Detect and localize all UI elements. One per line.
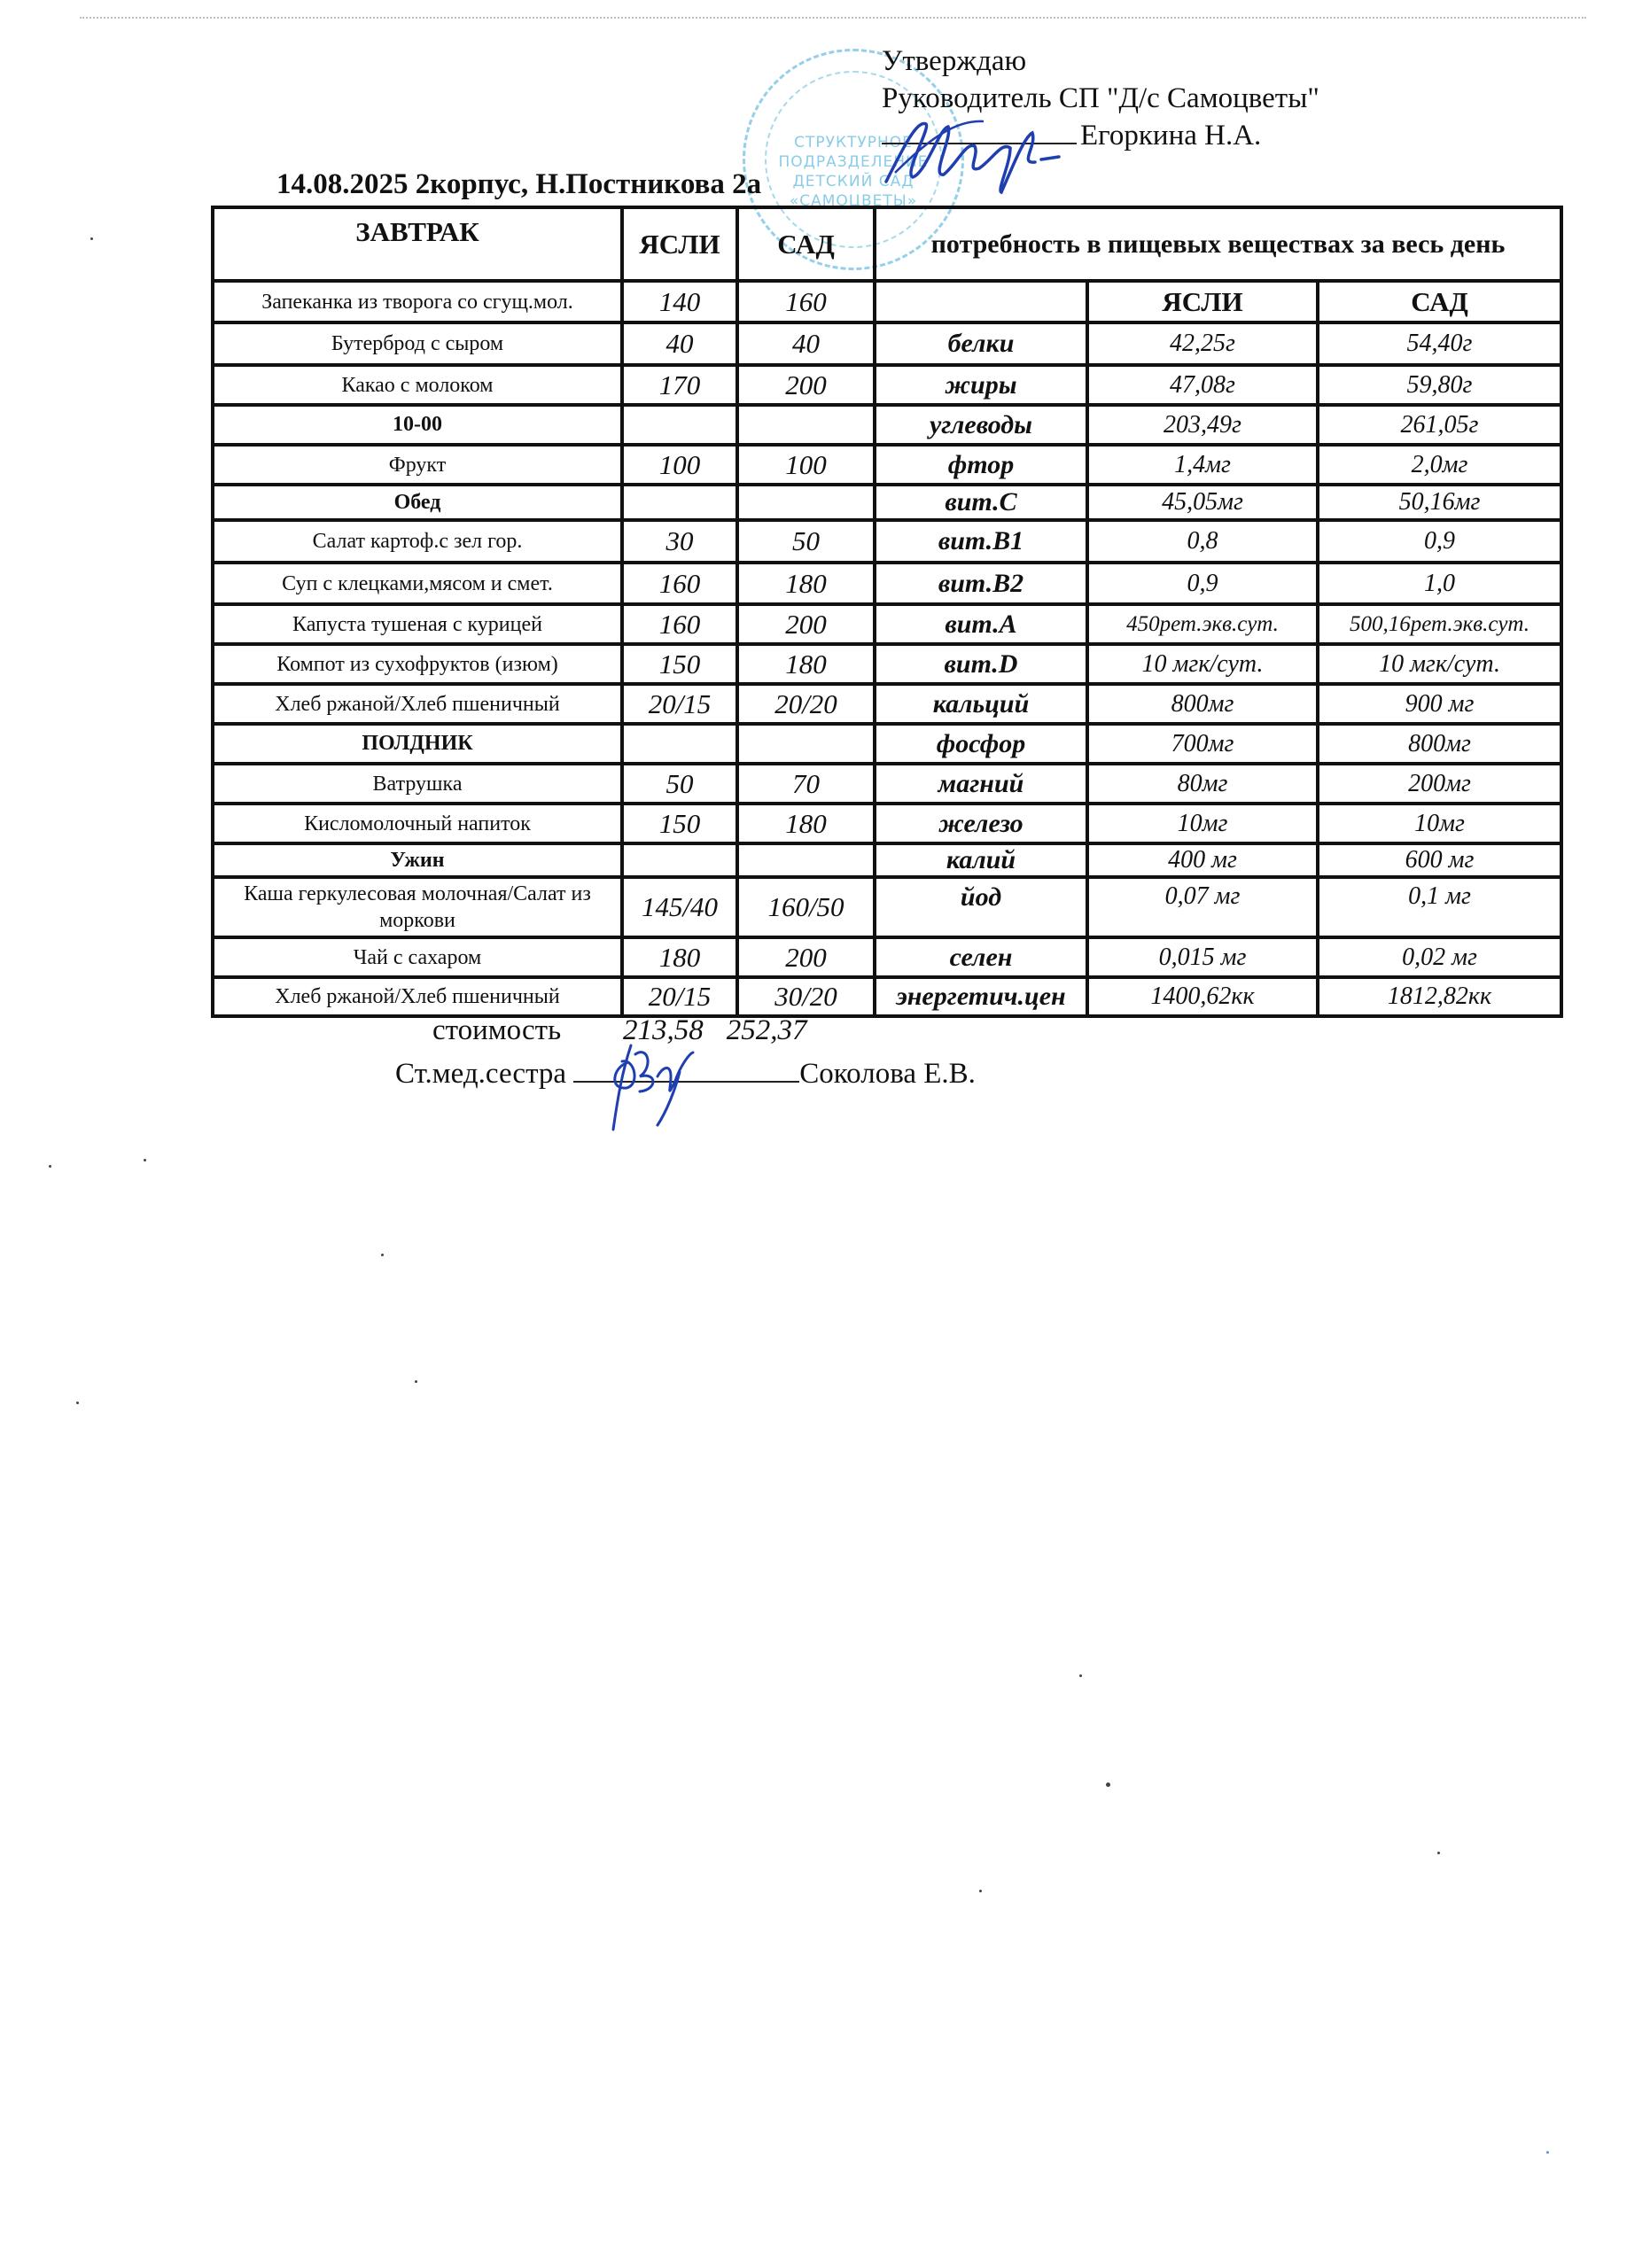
portion-garden: 160 xyxy=(737,281,875,322)
dish-name: Компот из сухофруктов (изюм) xyxy=(213,644,622,684)
nutrient-name: магний xyxy=(875,764,1087,804)
portion-garden: 100 xyxy=(737,445,875,485)
portion-nursery: 50 xyxy=(622,764,737,804)
nutrient-value-nursery: 1400,62кк xyxy=(1087,977,1318,1016)
nutrient-value-garden: 261,05г xyxy=(1318,405,1561,445)
portion-garden: 20/20 xyxy=(737,684,875,724)
table-row: Какао с молоком170200жиры47,08г59,80г xyxy=(213,365,1561,405)
scan-speck xyxy=(76,1402,79,1404)
portion-garden xyxy=(737,405,875,445)
scan-speck xyxy=(979,1890,982,1892)
nutrient-name: белки xyxy=(875,322,1087,365)
table-row: Каша геркулесовая молочная/Салат из морк… xyxy=(213,877,1561,937)
portion-nursery: 20/15 xyxy=(622,684,737,724)
table-header-row: ЗАВТРАК ЯСЛИ САД потребность в пищевых в… xyxy=(213,207,1561,281)
portion-nursery xyxy=(622,405,737,445)
table-row: Запеканка из творога со сгущ.мол.140160Я… xyxy=(213,281,1561,322)
nutrient-value-nursery: 80мг xyxy=(1087,764,1318,804)
scan-speck xyxy=(381,1254,384,1256)
nutrient-value-garden: 10 мгк/сут. xyxy=(1318,644,1561,684)
portion-nursery: 160 xyxy=(622,604,737,644)
dish-name: Каша геркулесовая молочная/Салат из морк… xyxy=(213,877,622,937)
meal-section-label: 10-00 xyxy=(213,405,622,445)
dish-name: Фрукт xyxy=(213,445,622,485)
portion-nursery xyxy=(622,843,737,877)
nutrient-value-garden: 54,40г xyxy=(1318,322,1561,365)
portion-garden: 70 xyxy=(737,764,875,804)
portion-garden xyxy=(737,843,875,877)
portion-nursery xyxy=(622,485,737,520)
nutrient-value-nursery: 45,05мг xyxy=(1087,485,1318,520)
table-row: Капуста тушеная с курицей160200вит.А450р… xyxy=(213,604,1561,644)
portion-garden: 200 xyxy=(737,365,875,405)
table-row: Суп с клецками,мясом и смет.160180вит.В2… xyxy=(213,563,1561,604)
nutrient-value-garden: 0,1 мг xyxy=(1318,877,1561,937)
scan-top-edge-line xyxy=(80,17,1586,19)
portion-garden: 30/20 xyxy=(737,977,875,1016)
table-row: ПОЛДНИКфосфор700мг800мг xyxy=(213,724,1561,764)
nutrient-value-nursery: 0,8 xyxy=(1087,520,1318,563)
nutrient-name: вит.А xyxy=(875,604,1087,644)
header-meal: ЗАВТРАК xyxy=(213,207,622,281)
scan-speck xyxy=(415,1380,417,1383)
portion-nursery: 150 xyxy=(622,804,737,843)
table-row: Хлеб ржаной/Хлеб пшеничный20/1530/20энер… xyxy=(213,977,1561,1016)
nutrient-name: селен xyxy=(875,937,1087,977)
dish-name: Чай с сахаром xyxy=(213,937,622,977)
nutrient-value-nursery: 10 мгк/сут. xyxy=(1087,644,1318,684)
portion-nursery: 40 xyxy=(622,322,737,365)
nutrient-name: фосфор xyxy=(875,724,1087,764)
nutrient-value-nursery: 450рет.экв.сут. xyxy=(1087,604,1318,644)
nutrient-value-nursery: 0,015 мг xyxy=(1087,937,1318,977)
table-row: Кисломолочный напиток150180железо10мг10м… xyxy=(213,804,1561,843)
portion-garden: 160/50 xyxy=(737,877,875,937)
nurse-signature-icon xyxy=(595,1037,702,1134)
nutrient-value-garden: 0,9 xyxy=(1318,520,1561,563)
nutrient-name: фтор xyxy=(875,445,1087,485)
portion-nursery: 100 xyxy=(622,445,737,485)
table-row: Салат картоф.с зел гор.3050вит.В10,80,9 xyxy=(213,520,1561,563)
scan-speck xyxy=(1546,2151,1549,2154)
document-title: 14.08.2025 2корпус, Н.Постникова 2а xyxy=(276,168,761,201)
table-row: Ужинкалий400 мг600 мг xyxy=(213,843,1561,877)
header-nursery: ЯСЛИ xyxy=(622,207,737,281)
header-garden: САД xyxy=(737,207,875,281)
header-nutrients-title: потребность в пищевых веществах за весь … xyxy=(875,207,1561,281)
nutrient-name: вит.В2 xyxy=(875,563,1087,604)
nutrient-name: калий xyxy=(875,843,1087,877)
nutrient-value-garden: 59,80г xyxy=(1318,365,1561,405)
nutrient-header-nursery: ЯСЛИ xyxy=(1087,281,1318,322)
nutrient-name: вит.В1 xyxy=(875,520,1087,563)
scan-speck xyxy=(49,1165,51,1168)
nutrient-name: железо xyxy=(875,804,1087,843)
portion-garden: 40 xyxy=(737,322,875,365)
nutrient-value-garden: 600 мг xyxy=(1318,843,1561,877)
meal-section-label: Обед xyxy=(213,485,622,520)
nutrient-value-garden: 200мг xyxy=(1318,764,1561,804)
nutrient-value-nursery: 0,07 мг xyxy=(1087,877,1318,937)
nutrient-value-garden: 500,16рет.экв.сут. xyxy=(1318,604,1561,644)
portion-nursery: 150 xyxy=(622,644,737,684)
scan-speck xyxy=(1437,1852,1440,1854)
nutrient-value-nursery: 1,4мг xyxy=(1087,445,1318,485)
dish-name: Ватрушка xyxy=(213,764,622,804)
dish-name: Какао с молоком xyxy=(213,365,622,405)
table-row: Фрукт100100фтор1,4мг2,0мг xyxy=(213,445,1561,485)
menu-table: ЗАВТРАК ЯСЛИ САД потребность в пищевых в… xyxy=(211,206,1563,1018)
portion-nursery xyxy=(622,724,737,764)
director-signature-icon xyxy=(877,111,1081,195)
portion-garden: 200 xyxy=(737,937,875,977)
nutrient-value-garden: 1,0 xyxy=(1318,563,1561,604)
nutrient-name: вит.С xyxy=(875,485,1087,520)
nutrient-value-nursery: 700мг xyxy=(1087,724,1318,764)
table-row: Ватрушка5070магний80мг200мг xyxy=(213,764,1561,804)
scan-speck xyxy=(1079,1674,1082,1677)
table-row: Бутерброд с сыром4040белки42,25г54,40г xyxy=(213,322,1561,365)
nutrient-value-garden: 50,16мг xyxy=(1318,485,1561,520)
portion-garden: 180 xyxy=(737,644,875,684)
nutrient-value-nursery: 400 мг xyxy=(1087,843,1318,877)
nutrient-value-garden: 1812,82кк xyxy=(1318,977,1561,1016)
nurse-name: Соколова Е.В. xyxy=(799,1058,976,1090)
dish-name: Бутерброд с сыром xyxy=(213,322,622,365)
meal-section-label: Ужин xyxy=(213,843,622,877)
nutrient-name: жиры xyxy=(875,365,1087,405)
portion-garden: 50 xyxy=(737,520,875,563)
nutrient-value-nursery: 10мг xyxy=(1087,804,1318,843)
dish-name: Суп с клецками,мясом и смет. xyxy=(213,563,622,604)
portion-nursery: 20/15 xyxy=(622,977,737,1016)
scan-speck xyxy=(90,237,93,240)
table-row: Компот из сухофруктов (изюм)150180вит.D1… xyxy=(213,644,1561,684)
nurse-label: Ст.мед.сестра xyxy=(395,1058,566,1090)
nutrient-name: йод xyxy=(875,877,1087,937)
portion-nursery: 140 xyxy=(622,281,737,322)
nutrient-name: вит.D xyxy=(875,644,1087,684)
nutrient-name: кальций xyxy=(875,684,1087,724)
dish-name: Кисломолочный напиток xyxy=(213,804,622,843)
portion-nursery: 160 xyxy=(622,563,737,604)
cost-label: стоимость xyxy=(432,1014,623,1047)
nutrient-value-garden: 0,02 мг xyxy=(1318,937,1561,977)
table-row: Чай с сахаром180200селен0,015 мг0,02 мг xyxy=(213,937,1561,977)
nutrient-value-nursery: 0,9 xyxy=(1087,563,1318,604)
dish-name: Капуста тушеная с курицей xyxy=(213,604,622,644)
dish-name: Хлеб ржаной/Хлеб пшеничный xyxy=(213,977,622,1016)
portion-nursery: 145/40 xyxy=(622,877,737,937)
cost-garden: 252,37 xyxy=(727,1014,807,1047)
nutrient-value-nursery: 47,08г xyxy=(1087,365,1318,405)
portion-nursery: 170 xyxy=(622,365,737,405)
scan-speck xyxy=(1106,1783,1110,1787)
nutrient-name: энергетич.цен xyxy=(875,977,1087,1016)
dish-name: Салат картоф.с зел гор. xyxy=(213,520,622,563)
dish-name: Хлеб ржаной/Хлеб пшеничный xyxy=(213,684,622,724)
portion-garden: 180 xyxy=(737,804,875,843)
portion-garden xyxy=(737,485,875,520)
approval-heading: Утверждаю xyxy=(882,43,1319,80)
portion-nursery: 180 xyxy=(622,937,737,977)
scan-speck xyxy=(144,1159,146,1161)
portion-garden: 200 xyxy=(737,604,875,644)
portion-garden xyxy=(737,724,875,764)
meal-section-label: ПОЛДНИК xyxy=(213,724,622,764)
nutrient-name: углеводы xyxy=(875,405,1087,445)
nutrient-header-garden: САД xyxy=(1318,281,1561,322)
nutrient-value-nursery: 42,25г xyxy=(1087,322,1318,365)
dish-name: Запеканка из творога со сгущ.мол. xyxy=(213,281,622,322)
nutrient-value-garden: 10мг xyxy=(1318,804,1561,843)
approval-signatory: Егоркина Н.А. xyxy=(1080,120,1261,151)
portion-nursery: 30 xyxy=(622,520,737,563)
nutrient-value-nursery: 203,49г xyxy=(1087,405,1318,445)
nutrient-value-garden: 800мг xyxy=(1318,724,1561,764)
table-row: Обедвит.С45,05мг50,16мг xyxy=(213,485,1561,520)
nutrient-value-garden: 2,0мг xyxy=(1318,445,1561,485)
nutrient-value-garden: 900 мг xyxy=(1318,684,1561,724)
nutrient-value-nursery: 800мг xyxy=(1087,684,1318,724)
table-row: Хлеб ржаной/Хлеб пшеничный20/1520/20каль… xyxy=(213,684,1561,724)
table-row: 10-00углеводы203,49г261,05г xyxy=(213,405,1561,445)
nutrient-name xyxy=(875,281,1087,322)
portion-garden: 180 xyxy=(737,563,875,604)
